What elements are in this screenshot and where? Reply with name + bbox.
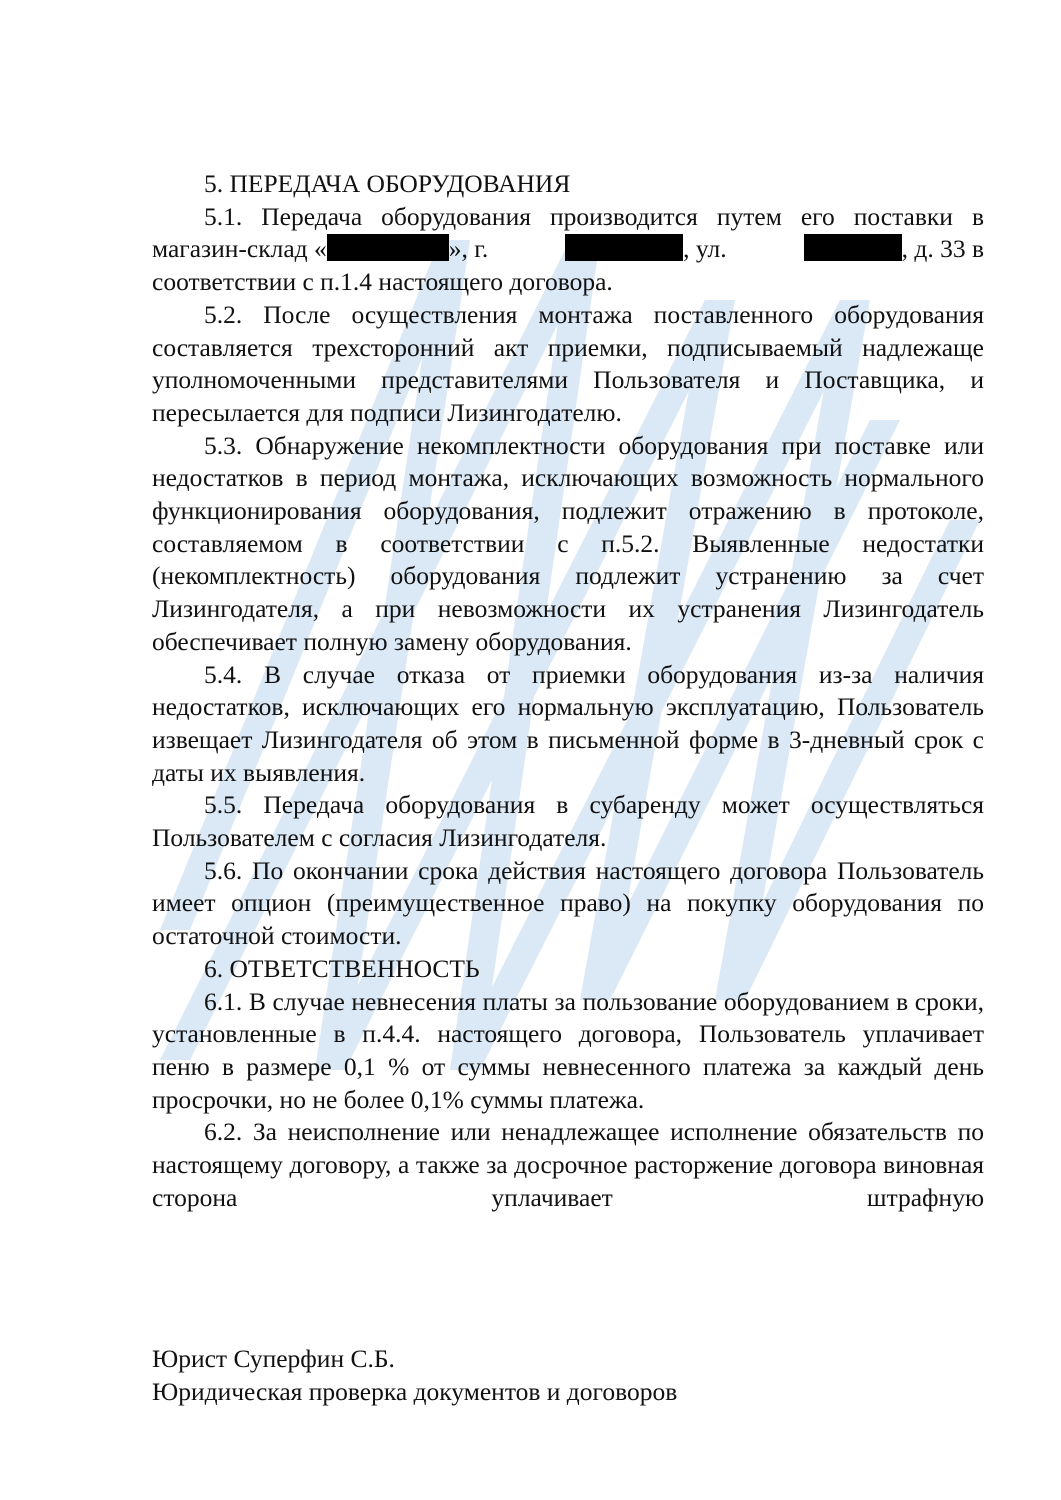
section-6-heading: 6. ОТВЕТСТВЕННОСТЬ [152,953,984,986]
clause-5-1-text-c: , ул. [565,233,726,266]
document-page: 5. ПЕРЕДАЧА ОБОРУДОВАНИЯ 5.1. Передача о… [152,168,984,1215]
clause-5-3: 5.3. Обнаружение некомплектности оборудо… [152,430,984,659]
lawyer-name: Юрист Суперфин С.Б. [152,1342,677,1375]
clause-5-2: 5.2. После осуществления монтажа поставл… [152,299,984,430]
service-description: Юридическая проверка документов и догово… [152,1375,677,1408]
clause-5-6: 5.6. По окончании срока действия настоящ… [152,855,984,953]
clause-5-1-line1: 5.1. Передача оборудования производится … [152,201,984,234]
section-5-heading: 5. ПЕРЕДАЧА ОБОРУДОВАНИЯ [152,168,984,201]
clause-6-1: 6.1. В случае невнесения платы за пользо… [152,986,984,1117]
redacted-city [565,234,683,261]
redacted-store-name [327,234,449,261]
clause-6-2: 6.2. За неисполнение или ненадлежащее ис… [152,1116,984,1214]
clause-5-4: 5.4. В случае отказа от приемки оборудов… [152,659,984,790]
clause-5-1-line3: соответствии с п.1.4 настоящего договора… [152,266,984,299]
clause-5-1-text-d: , д. 33 в [804,233,984,266]
clause-5-5: 5.5. Передача оборудования в субаренду м… [152,789,984,854]
clause-5-1-line2: магазин-склад «», г. , ул. , д. 33 в [152,233,984,266]
redacted-street [804,234,902,261]
signature-footer: Юрист Суперфин С.Б. Юридическая проверка… [152,1342,677,1408]
clause-5-1-text-a: магазин-склад «», г. [152,233,488,266]
